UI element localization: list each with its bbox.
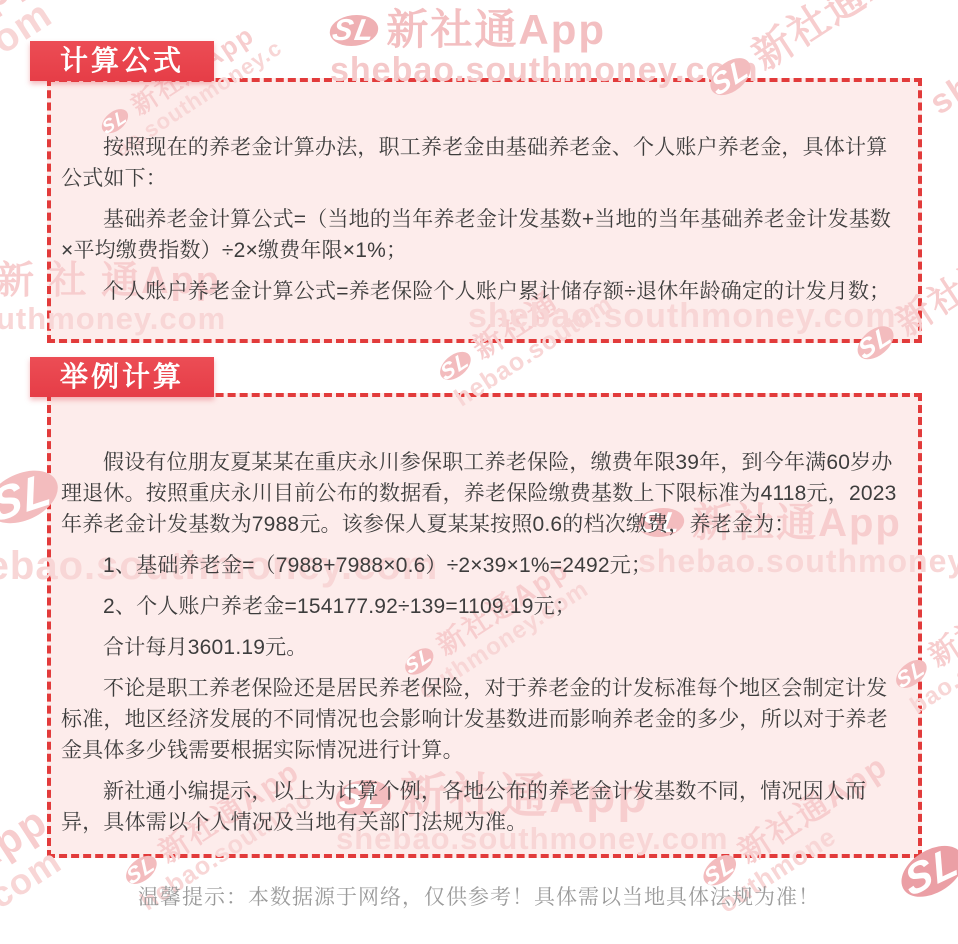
example-box: 假设有位朋友夏某某在重庆永川参保职工养老保险，缴费年限39年，到今年满60岁办理…: [47, 393, 922, 858]
list-item-basic-pension: 1、基础养老金=（7988+7988×0.6）÷2×39×1%=2492元；: [61, 550, 900, 581]
list-item-personal-account-pension: 2、个人账户养老金=154177.92÷139=1109.19元；: [61, 591, 900, 622]
watermark: SL新社通Appshebao.southmoney.com: [330, 8, 758, 89]
paragraph: 新社通小编提示，以上为计算个例，各地公布的养老金计发基数不同，情况因人而异，具体…: [61, 776, 900, 838]
paragraph: 不论是职工养老保险还是居民养老保险，对于养老金的计发标准每个地区会制定计发标准，…: [61, 673, 900, 766]
paragraph: 假设有位朋友夏某某在重庆永川参保职工养老保险，缴费年限39年，到今年满60岁办理…: [61, 447, 900, 540]
section-badge-example: 举例计算: [30, 357, 214, 397]
paragraph: 基础养老金计算公式=（当地的当年养老金计发基数+当地的当年基础养老金计发基数×平…: [61, 204, 900, 266]
paragraph: 按照现在的养老金计算办法，职工养老金由基础养老金、个人账户养老金，具体计算公式如…: [61, 132, 900, 194]
footer-note: 温馨提示：本数据源于网络，仅供参考！具体需以当地具体法规为准！: [0, 881, 958, 911]
section-badge-formula: 计算公式: [30, 41, 214, 81]
paragraph: 个人账户养老金计算公式=养老保险个人账户累计储存额÷退休年龄确定的计发月数；: [61, 276, 900, 307]
total-per-month: 合计每月3601.19元。: [61, 632, 900, 663]
brand-logo-icon: SL: [436, 346, 474, 385]
brand-logo-icon: SL: [327, 15, 381, 46]
watermark: sh: [924, 68, 958, 122]
formula-box: 按照现在的养老金计算办法，职工养老金由基础养老金、个人账户养老金，具体计算公式如…: [47, 78, 922, 343]
